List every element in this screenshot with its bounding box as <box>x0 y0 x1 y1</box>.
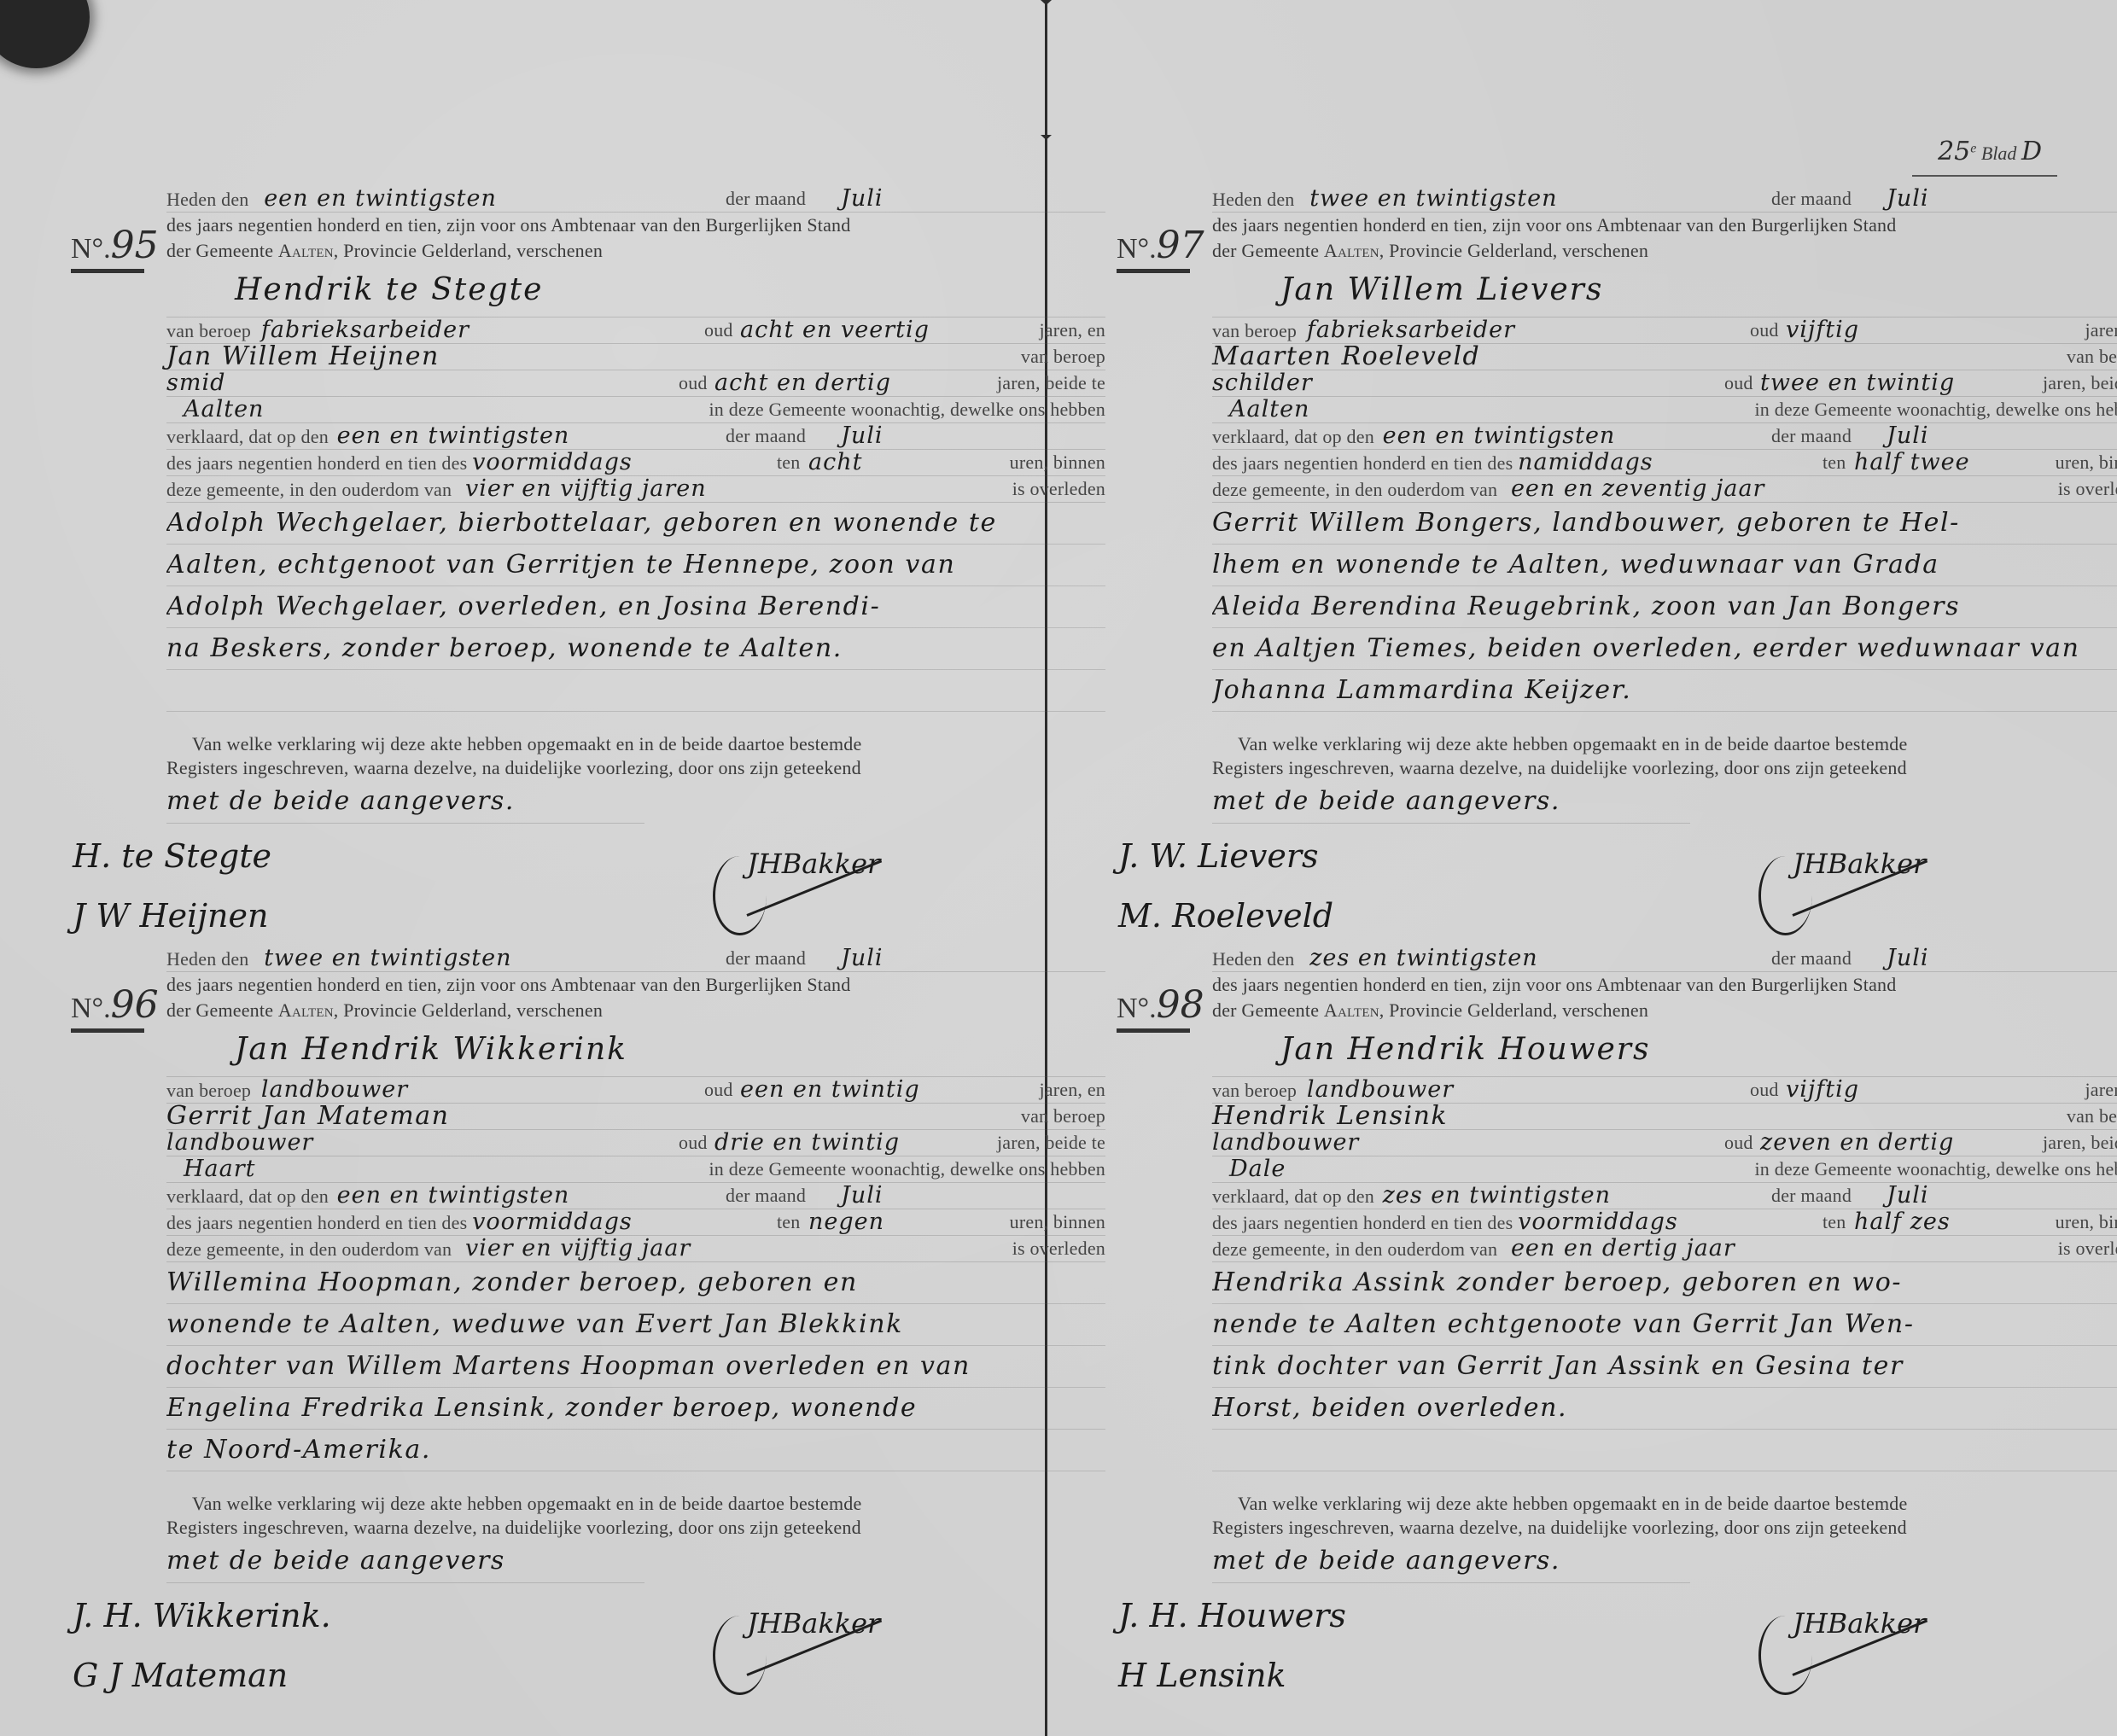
blank-line <box>166 670 1105 712</box>
entry-number: N°.97 <box>1117 224 1190 273</box>
handwritten-time-of-day: namiddags <box>1518 449 1653 475</box>
handwritten-declarant1: Jan Willem Lievers <box>1280 272 1603 307</box>
record-96: N°.96 Heden den twee en twintigsten der … <box>166 946 1105 1735</box>
residence-line: Aalten in deze Gemeente woonachtig, dewe… <box>1212 397 2117 423</box>
handwritten-declarant1-age: vijftig <box>1786 317 1859 343</box>
handwritten-signed-with: met de beide aangevers <box>166 1546 505 1576</box>
entry-number: N°.96 <box>71 983 144 1033</box>
description-line: lhem en wonende te Aalten, weduwnaar van… <box>1212 545 2117 586</box>
handwritten-residence: Dale <box>1229 1156 1286 1182</box>
closing-formula: Van welke verklaring wij deze akte hebbe… <box>166 732 1105 824</box>
handwritten-declarant2: Gerrit Jan Mateman <box>166 1101 449 1131</box>
declarant-2-details: schilder oud twee en twintig jaren, beid… <box>1212 370 2117 397</box>
handwritten-number: 95 <box>111 224 159 267</box>
description-line: Willemina Hoopman, zonder beroep, gebore… <box>166 1262 1105 1304</box>
description-line: Horst, beiden overleden. <box>1212 1388 2117 1430</box>
year-line: des jaars negentien honderd en tien, zij… <box>1212 972 2117 998</box>
declarant-2-signature: J W Heijnen <box>73 897 268 935</box>
death-date-line: verklaard, dat op den een en twintigsten… <box>1212 423 2117 450</box>
right-page: 25e Blad D N°.97 Heden den twee en twint… <box>1048 0 2117 1736</box>
official-signature: JHBakker <box>1793 848 1926 880</box>
handwritten-month: Juli <box>841 186 883 212</box>
declarant-1-name: Jan Hendrik Wikkerink <box>166 1023 1105 1077</box>
description-line: Engelina Fredrika Lensink, zonder beroep… <box>166 1388 1105 1430</box>
handwritten-day: een en twintigsten <box>264 185 497 212</box>
handwritten-number: 97 <box>1157 224 1204 267</box>
handwritten-declarant2-occupation: smid <box>166 370 225 396</box>
handwritten-hour: half twee <box>1854 450 1970 475</box>
handwritten-time-of-day: voormiddags <box>472 449 633 475</box>
declarant-2-signature: H Lensink <box>1118 1657 1286 1694</box>
official-signature: JHBakker <box>747 1607 880 1640</box>
left-page: N°.95 Heden den een en twintigsten der m… <box>0 0 1045 1736</box>
handwritten-death-month: Juli <box>1887 423 1928 449</box>
handwritten-deceased-age: een en dertig jaar <box>1511 1235 1735 1261</box>
handwritten-day: twee en twintigsten <box>1309 185 1557 212</box>
handwritten-signed-with: met de beide aangevers. <box>166 786 515 816</box>
declarant-2-name: Gerrit Jan Mateman van beroep <box>166 1104 1105 1130</box>
handwritten-declarant1-age: vijftig <box>1786 1077 1859 1103</box>
declarant-2-details: landbouwer oud zeven en dertig jaren, be… <box>1212 1130 2117 1156</box>
description-line: en Aaltjen Tiemes, beiden overleden, eer… <box>1212 628 2117 670</box>
municipality-line: der Gemeente Aalten, Provincie Gelderlan… <box>166 998 1105 1023</box>
municipality-line: der Gemeente Aalten, Provincie Gelderlan… <box>1212 998 2117 1023</box>
date-line: Heden den een en twintigsten der maand J… <box>166 186 1105 213</box>
municipality-line: der Gemeente Aalten, Provincie Gelderlan… <box>166 238 1105 264</box>
handwritten-time-of-day: voormiddags <box>472 1209 633 1235</box>
register-spread: N°.95 Heden den een en twintigsten der m… <box>0 0 2117 1736</box>
declarant-1-signature: H. te Stegte <box>73 837 271 875</box>
deceased-description: Gerrit Willem Bongers, landbouwer, gebor… <box>1212 503 2117 712</box>
death-date-line: verklaard, dat op den zes en twintigsten… <box>1212 1183 2117 1209</box>
handwritten-declarant2-occupation: landbouwer <box>1212 1129 1359 1156</box>
handwritten-declarant2-age: drie en twintig <box>714 1130 900 1156</box>
date-line: Heden den twee en twintigsten der maand … <box>1212 186 2117 213</box>
handwritten-death-day: een en twintigsten <box>1383 422 1616 449</box>
handwritten-declarant1-occupation: fabrieksarbeider <box>261 317 469 343</box>
signed-with: met de beide aangevers. <box>1212 1540 1690 1583</box>
signed-with: met de beide aangevers. <box>1212 780 1690 824</box>
handwritten-signed-with: met de beide aangevers. <box>1212 1546 1560 1576</box>
deceased-description: Willemina Hoopman, zonder beroep, gebore… <box>166 1262 1105 1471</box>
blank-line <box>1212 1430 2117 1471</box>
handwritten-death-day: een en twintigsten <box>337 422 570 449</box>
death-time-line: des jaars negentien honderd en tien des … <box>166 1209 1105 1236</box>
declarant-2-details: landbouwer oud drie en twintig jaren, be… <box>166 1130 1105 1156</box>
handwritten-residence: Aalten <box>184 396 264 422</box>
description-line: Aalten, echtgenoot van Gerritjen te Henn… <box>166 545 1105 586</box>
deceased-age-line: deze gemeente, in den ouderdom van een e… <box>1212 1236 2117 1262</box>
handwritten-death-month: Juli <box>841 1183 883 1209</box>
handwritten-hour: negen <box>808 1209 884 1235</box>
handwritten-day: twee en twintigsten <box>264 945 511 971</box>
handwritten-declarant1-occupation: landbouwer <box>1307 1076 1454 1103</box>
deceased-description: Hendrika Assink zonder beroep, geboren e… <box>1212 1262 2117 1471</box>
handwritten-declarant2: Hendrik Lensink <box>1212 1101 1448 1131</box>
handwritten-declarant2-age: twee en twintig <box>1760 370 1955 396</box>
signatures: J. H. Houwers H Lensink JHBakker <box>1212 1590 2117 1735</box>
deceased-description: Adolph Wechgelaer, bierbottelaar, gebore… <box>166 503 1105 712</box>
handwritten-signed-with: met de beide aangevers. <box>1212 786 1560 816</box>
declarant-2-signature: G J Mateman <box>73 1657 288 1694</box>
declarant-1-name: Jan Willem Lievers <box>1212 264 2117 317</box>
declarant-2-name: Maarten Roeleveld van beroep <box>1212 344 2117 370</box>
handwritten-number: 98 <box>1157 983 1204 1027</box>
handwritten-declarant1-occupation: landbouwer <box>261 1076 408 1103</box>
death-time-line: des jaars negentien honderd en tien des … <box>1212 1209 2117 1236</box>
handwritten-declarant1: Jan Hendrik Wikkerink <box>235 1032 627 1067</box>
closing-formula: Van welke verklaring wij deze akte hebbe… <box>166 1492 1105 1583</box>
folio-number: 25e Blad D <box>1912 137 2057 177</box>
handwritten-declarant2-age: zeven en dertig <box>1760 1130 1954 1156</box>
signed-with: met de beide aangevers <box>166 1540 644 1583</box>
handwritten-death-day: zes en twintigsten <box>1383 1182 1611 1209</box>
residence-line: Dale in deze Gemeente woonachtig, dewelk… <box>1212 1156 2117 1183</box>
deceased-age-line: deze gemeente, in den ouderdom van een e… <box>1212 476 2117 503</box>
handwritten-residence: Aalten <box>1229 396 1309 422</box>
signed-with: met de beide aangevers. <box>166 780 644 824</box>
description-line: Adolph Wechgelaer, bierbottelaar, gebore… <box>166 503 1105 545</box>
declarant-1-signature: J. H. Houwers <box>1118 1597 1346 1634</box>
handwritten-declarant2-age: acht en dertig <box>714 370 891 396</box>
description-line: Johanna Lammardina Keijzer. <box>1212 670 2117 712</box>
declarant-1-details: van beroep fabrieksarbeider oud acht en … <box>166 317 1105 344</box>
declarant-2-name: Hendrik Lensink van beroep <box>1212 1104 2117 1130</box>
handwritten-time-of-day: voormiddags <box>1518 1209 1678 1235</box>
closing-formula: Van welke verklaring wij deze akte hebbe… <box>1212 732 2117 824</box>
handwritten-declarant2: Jan Willem Heijnen <box>166 341 440 371</box>
record-98: N°.98 Heden den zes en twintigsten der m… <box>1212 946 2117 1735</box>
declarant-2-name: Jan Willem Heijnen van beroep <box>166 344 1105 370</box>
description-line: wonende te Aalten, weduwe van Evert Jan … <box>166 1304 1105 1346</box>
handwritten-death-month: Juli <box>1887 1183 1928 1209</box>
handwritten-month: Juli <box>1887 946 1928 971</box>
declarant-2-signature: M. Roeleveld <box>1118 897 1333 935</box>
description-line: nende te Aalten echtgenoote van Gerrit J… <box>1212 1304 2117 1346</box>
record-95: N°.95 Heden den een en twintigsten der m… <box>166 186 1105 976</box>
year-line: des jaars negentien honderd en tien, zij… <box>166 213 1105 238</box>
official-signature: JHBakker <box>747 848 880 880</box>
handwritten-hour: acht <box>808 450 862 475</box>
deceased-age-line: deze gemeente, in den ouderdom van vier … <box>166 1236 1105 1262</box>
declarant-1-name: Jan Hendrik Houwers <box>1212 1023 2117 1077</box>
handwritten-declarant1-occupation: fabrieksarbeider <box>1307 317 1515 343</box>
folio-mark: D <box>2021 137 2042 166</box>
handwritten-deceased-age: vier en vijftig jaar <box>465 1235 691 1261</box>
description-line: na Beskers, zonder beroep, wonende te Aa… <box>166 628 1105 670</box>
signatures: J. H. Wikkerink. G J Mateman JHBakker <box>166 1590 1105 1735</box>
handwritten-month: Juli <box>1887 186 1928 212</box>
handwritten-number: 96 <box>111 983 159 1027</box>
description-line: Aleida Berendina Reugebrink, zoon van Ja… <box>1212 586 2117 628</box>
declarant-1-name: Hendrik te Stegte <box>166 264 1105 317</box>
handwritten-death-month: Juli <box>841 423 883 449</box>
handwritten-deceased-age: vier en vijftig jaren <box>465 475 707 502</box>
declarant-1-signature: J. H. Wikkerink. <box>73 1597 331 1634</box>
description-line: Adolph Wechgelaer, overleden, en Josina … <box>166 586 1105 628</box>
declarant-2-details: smid oud acht en dertig jaren, beide te <box>166 370 1105 397</box>
handwritten-death-day: een en twintigsten <box>337 1182 570 1209</box>
declarant-1-signature: J. W. Lievers <box>1118 837 1319 875</box>
declarant-1-details: van beroep landbouwer oud een en twintig… <box>166 1077 1105 1104</box>
handwritten-declarant2-occupation: schilder <box>1212 370 1313 396</box>
handwritten-declarant1-age: een en twintig <box>740 1077 920 1103</box>
description-line: Gerrit Willem Bongers, landbouwer, gebor… <box>1212 503 2117 545</box>
death-time-line: des jaars negentien honderd en tien des … <box>1212 450 2117 476</box>
residence-line: Haart in deze Gemeente woonachtig, dewel… <box>166 1156 1105 1183</box>
deceased-age-line: deze gemeente, in den ouderdom van vier … <box>166 476 1105 503</box>
death-date-line: verklaard, dat op den een en twintigsten… <box>166 1183 1105 1209</box>
handwritten-day: zes en twintigsten <box>1309 945 1537 971</box>
official-signature: JHBakker <box>1793 1607 1926 1640</box>
description-line: Hendrika Assink zonder beroep, geboren e… <box>1212 1262 2117 1304</box>
year-line: des jaars negentien honderd en tien, zij… <box>166 972 1105 998</box>
date-line: Heden den zes en twintigsten der maand J… <box>1212 946 2117 972</box>
death-date-line: verklaard, dat op den een en twintigsten… <box>166 423 1105 450</box>
handwritten-declarant2: Maarten Roeleveld <box>1212 341 1480 371</box>
handwritten-month: Juli <box>841 946 883 971</box>
residence-line: Aalten in deze Gemeente woonachtig, dewe… <box>166 397 1105 423</box>
handwritten-deceased-age: een en zeventig jaar <box>1511 475 1765 502</box>
declarant-1-details: van beroep landbouwer oud vijftig jaren,… <box>1212 1077 2117 1104</box>
declarant-1-details: van beroep fabrieksarbeider oud vijftig … <box>1212 317 2117 344</box>
handwritten-declarant1-age: acht en veertig <box>740 317 930 343</box>
handwritten-declarant1: Jan Hendrik Houwers <box>1280 1032 1651 1067</box>
closing-formula: Van welke verklaring wij deze akte hebbe… <box>1212 1492 2117 1583</box>
death-time-line: des jaars negentien honderd en tien des … <box>166 450 1105 476</box>
handwritten-declarant2-occupation: landbouwer <box>166 1129 313 1156</box>
description-line: te Noord-Amerika. <box>166 1430 1105 1471</box>
entry-number: N°.95 <box>71 224 144 273</box>
record-97: N°.97 Heden den twee en twintigsten der … <box>1212 186 2117 976</box>
handwritten-residence: Haart <box>184 1156 256 1182</box>
handwritten-hour: half zes <box>1854 1209 1951 1235</box>
description-line: dochter van Willem Martens Hoopman overl… <box>166 1346 1105 1388</box>
handwritten-declarant1: Hendrik te Stegte <box>235 272 543 307</box>
date-line: Heden den twee en twintigsten der maand … <box>166 946 1105 972</box>
description-line: tink dochter van Gerrit Jan Assink en Ge… <box>1212 1346 2117 1388</box>
entry-number: N°.98 <box>1117 983 1190 1033</box>
year-line: des jaars negentien honderd en tien, zij… <box>1212 213 2117 238</box>
municipality-line: der Gemeente Aalten, Provincie Gelderlan… <box>1212 238 2117 264</box>
